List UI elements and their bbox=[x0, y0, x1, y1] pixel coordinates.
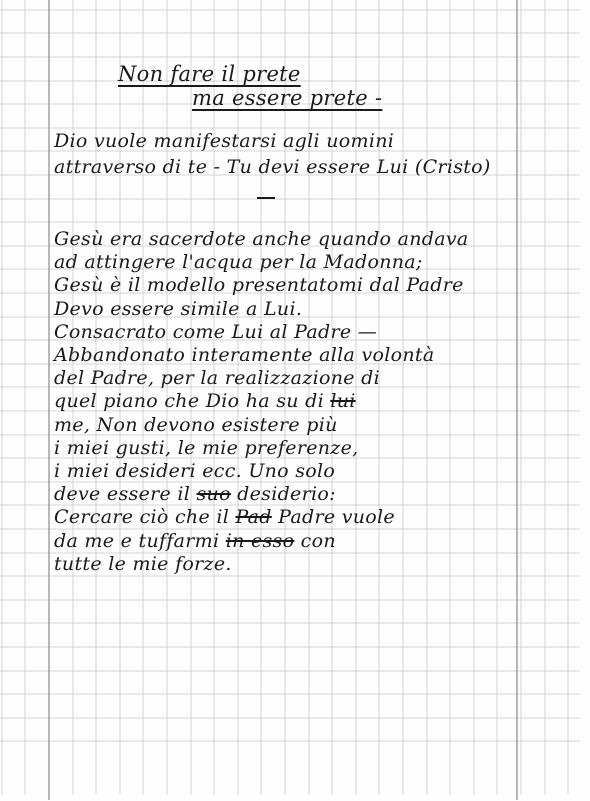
paragraph-2-line: Cercare ciò che il Pad Padre vuole bbox=[54, 506, 395, 528]
paragraph-2-line: deve essere il suo desiderio: bbox=[54, 483, 336, 505]
text-segment: Consacrato come Lui al Padre — bbox=[54, 321, 377, 343]
paragraph-2-line: quel piano che Dio ha su di lui bbox=[54, 390, 356, 412]
paragraph-2-line: Consacrato come Lui al Padre — bbox=[54, 321, 377, 343]
separator-dash bbox=[257, 197, 275, 199]
text-segment: da me e tuffarmi bbox=[54, 530, 226, 552]
text-segment: ad attingere l'acqua per la Madonna; bbox=[54, 251, 423, 273]
text-segment: con bbox=[294, 530, 336, 552]
text-segment: Gesù è il modello presentatomi dal Padre bbox=[54, 274, 464, 296]
text-segment: Devo essere simile a Lui. bbox=[54, 298, 302, 320]
paragraph-1-line: Dio vuole manifestarsi agli uomini bbox=[54, 130, 394, 152]
text-segment: attraverso di te - Tu devi essere Lui (C… bbox=[54, 156, 491, 178]
text-segment: deve essere il bbox=[54, 483, 196, 505]
paragraph-2-line: da me e tuffarmi in esso con bbox=[54, 530, 336, 552]
struck-word: lui bbox=[330, 390, 355, 412]
struck-word: suo bbox=[196, 483, 230, 505]
struck-word: Pad bbox=[235, 506, 271, 528]
paragraph-2-line: i miei gusti, le mie preferenze, bbox=[54, 437, 358, 459]
text-segment: i miei desideri ecc. Uno solo bbox=[54, 460, 335, 482]
text-segment: Gesù era sacerdote anche quando andava bbox=[54, 228, 469, 250]
text-segment: tutte le mie forze. bbox=[54, 553, 232, 575]
paragraph-2-line: me, Non devono esistere più bbox=[54, 414, 338, 436]
text-segment: desiderio: bbox=[231, 483, 336, 505]
paragraph-1-line: attraverso di te - Tu devi essere Lui (C… bbox=[54, 156, 491, 178]
text-segment: i miei gusti, le mie preferenze, bbox=[54, 437, 358, 459]
text-segment: Abbandonato interamente alla volontà bbox=[54, 344, 434, 366]
text-segment: del Padre, per la realizzazione di bbox=[54, 367, 380, 389]
text-segment: quel piano che Dio ha su di bbox=[54, 390, 330, 412]
title-line-1: Non fare il prete bbox=[118, 62, 301, 86]
paragraph-2-line: tutte le mie forze. bbox=[54, 553, 232, 575]
paragraph-2-line: Devo essere simile a Lui. bbox=[54, 298, 302, 320]
paragraph-2-line: Gesù è il modello presentatomi dal Padre bbox=[54, 274, 464, 296]
notebook-page: Non fare il prete ma essere prete - Dio … bbox=[0, 0, 590, 801]
paragraph-2-line: i miei desideri ecc. Uno solo bbox=[54, 460, 335, 482]
text-segment: Dio vuole manifestarsi agli uomini bbox=[54, 130, 394, 152]
text-segment: me, Non devono esistere più bbox=[54, 414, 338, 436]
paragraph-2-line: Abbandonato interamente alla volontà bbox=[54, 344, 434, 366]
paragraph-2-line: Gesù era sacerdote anche quando andava bbox=[54, 228, 469, 250]
paragraph-2-line: ad attingere l'acqua per la Madonna; bbox=[54, 251, 423, 273]
struck-word: in esso bbox=[226, 530, 295, 552]
text-segment: Cercare ciò che il bbox=[54, 506, 235, 528]
text-segment: Padre vuole bbox=[272, 506, 395, 528]
paragraph-2-line: del Padre, per la realizzazione di bbox=[54, 367, 380, 389]
title-line-2: ma essere prete - bbox=[192, 86, 382, 110]
